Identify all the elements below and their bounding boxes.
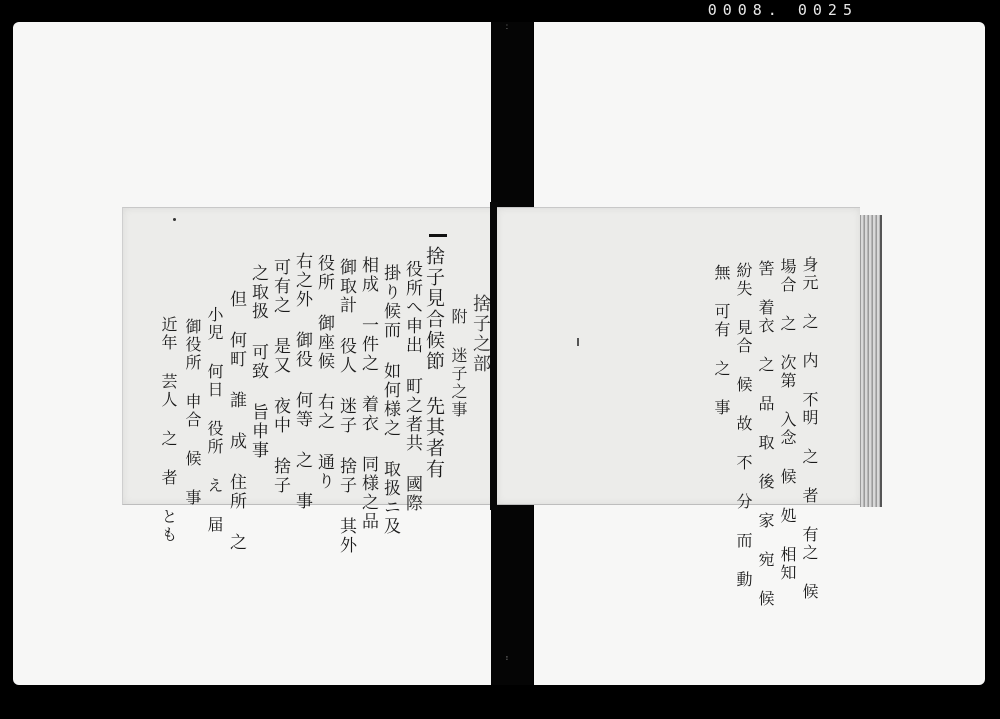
body-column: 相成 一件之 着衣 同様之品 (357, 256, 379, 531)
body-column: 場合 之 次第 入念 候 処 相知 (776, 258, 798, 582)
right-page: 身元 之 内 不明 之 者 有之 候 場合 之 次第 入念 候 処 相知 筈 着… (497, 207, 860, 505)
open-book: 捨子之部 附 迷子之事 捨子見合候節 先其者有 役所へ申出 町之者共 國際 掛り… (118, 205, 886, 509)
frame-counter: 0008. 0025 (708, 1, 858, 19)
ink-speck (173, 218, 176, 221)
ink-mark (577, 338, 579, 346)
body-column: 御取計 役人 迷子 捨子 其外 (335, 258, 357, 555)
spine-mark-top: ⁚ (506, 24, 510, 31)
body-column: 之取扱 可致 旨申事 (247, 264, 269, 460)
left-page: 捨子之部 附 迷子之事 捨子見合候節 先其者有 役所へ申出 町之者共 國際 掛り… (122, 207, 497, 505)
body-column: 身元 之 内 不明 之 者 有之 候 (798, 256, 820, 601)
body-column: 役所へ申出 町之者共 國際 (401, 260, 423, 513)
body-column: 捨子見合候節 先其者有 (423, 246, 445, 480)
spine-mark-bottom: ⁝ (506, 655, 510, 662)
body-column: 近年 芸人 之 者 とも (157, 316, 179, 544)
body-column: 但 何町 誰 成 住所 之 (225, 290, 247, 552)
body-column: 御役所 申合 候 事 (181, 318, 203, 507)
body-column: 小児 何日 役所 え 届 (203, 306, 225, 534)
body-column: 可有之 是又 夜中 捨子 (269, 258, 291, 495)
heading-subtitle: 附 迷子之事 (447, 308, 469, 419)
page-stack-fore-edge (860, 215, 882, 507)
body-column: 筈 着衣 之 品 取 後 家 宛 候 (754, 260, 776, 608)
body-column: 右之外 御役 何等 之 事 (291, 252, 313, 511)
item-marker-ichi (429, 234, 447, 237)
body-column: 掛り候而 如何様之 取扱ニ及 (379, 264, 401, 536)
body-column: 紛失 見合 候 故 不 分 而 動 (732, 262, 754, 589)
body-column: 無 可有 之 事 (710, 264, 732, 417)
heading-title: 捨子之部 (469, 294, 491, 374)
body-column: 役所 御座候 右之 通り (313, 254, 335, 491)
